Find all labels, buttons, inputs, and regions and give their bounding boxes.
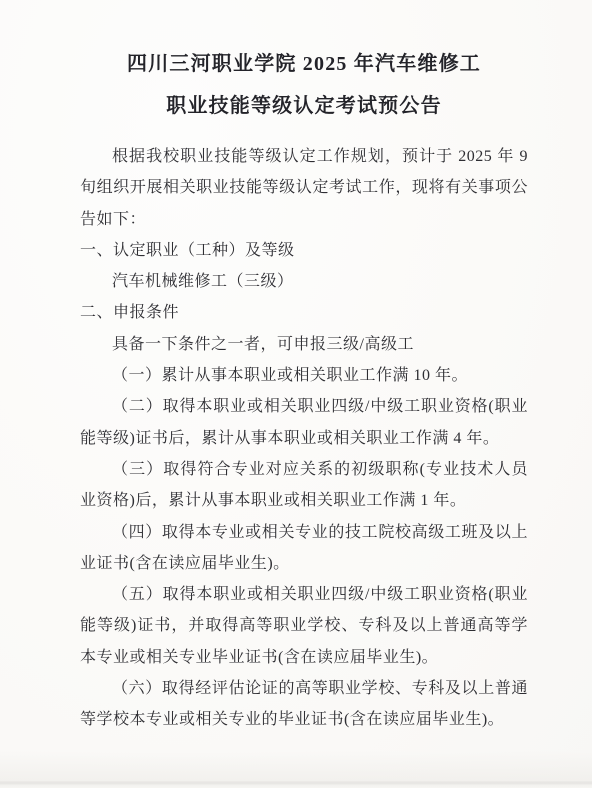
body-line: （三）取得符合专业对应关系的初级职称(专业技术人员职	[80, 454, 528, 485]
title-line-1: 四川三河职业学院 2025 年汽车维修工	[80, 43, 528, 85]
body-line: 能等级)证书，并取得高等职业学校、专科及以上普通高等学校	[80, 610, 528, 641]
body-line: （一）累计从事本职业或相关职业工作满 10 年。	[80, 360, 528, 391]
document-title: 四川三河职业学院 2025 年汽车维修工 职业技能等级认定考试预公告	[80, 43, 528, 127]
body-line: （四）取得本专业或相关专业的技工院校高级工班及以上毕	[80, 517, 528, 548]
body-line: 本专业或相关专业毕业证书(含在读应届毕业生)。	[80, 642, 528, 673]
body-line: （六）取得经评估论证的高等职业学校、专科及以上普通高	[80, 673, 528, 704]
body-line: 旬组织开展相关职业技能等级认定考试工作，现将有关事项公	[80, 172, 528, 203]
title-line-2: 职业技能等级认定考试预公告	[80, 85, 528, 127]
body-line: 能等级)证书后，累计从事本职业或相关职业工作满 4 年。	[80, 423, 528, 454]
document-page: 四川三河职业学院 2025 年汽车维修工 职业技能等级认定考试预公告 根据我校职…	[0, 0, 592, 788]
body-line: 具备一下条件之一者，可申报三级/高级工	[80, 329, 528, 360]
body-line: 汽车机械维修工（三级）	[80, 266, 528, 297]
paper-bottom-shadow	[0, 751, 592, 781]
body-line: （五）取得本职业或相关职业四级/中级工职业资格(职业技	[80, 579, 528, 610]
paper-bottom-edge	[0, 781, 592, 788]
body-line: 根据我校职业技能等级认定工作规划，预计于 2025 年 9 上	[80, 141, 528, 172]
body-line: 业证书(含在读应届毕业生)。	[80, 548, 528, 579]
body-line: 一、认定职业（工种）及等级	[80, 235, 528, 266]
body-line: （二）取得本职业或相关职业四级/中级工职业资格(职业技	[80, 391, 528, 422]
document-body: 根据我校职业技能等级认定工作规划，预计于 2025 年 9 上旬组织开展相关职业…	[80, 141, 528, 736]
body-line: 告如下：	[80, 204, 528, 235]
body-line: 业资格)后，累计从事本职业或相关职业工作满 1 年。	[80, 485, 528, 516]
body-line: 二、申报条件	[80, 297, 528, 328]
body-line: 等学校本专业或相关专业的毕业证书(含在读应届毕业生)。	[80, 704, 528, 735]
